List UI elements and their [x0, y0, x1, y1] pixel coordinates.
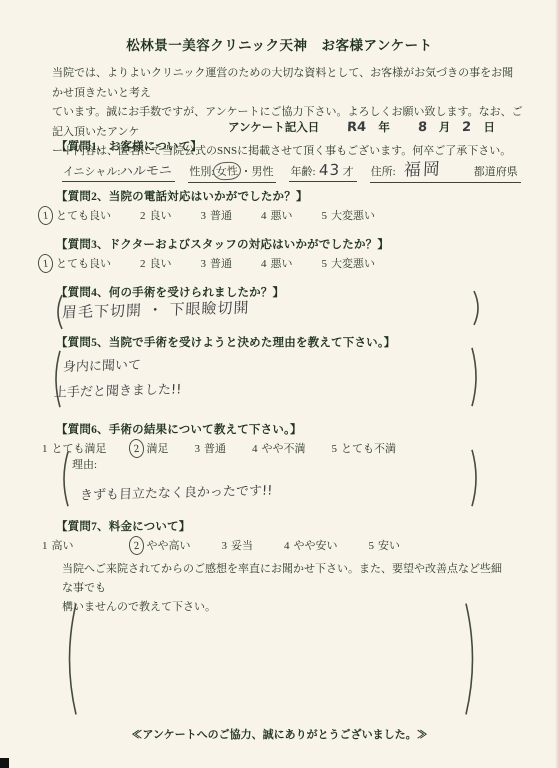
q7-option-5-number: 5: [369, 540, 375, 552]
q2-option-4: 4悪い: [261, 207, 293, 223]
q3-option-3-number: 3: [201, 258, 207, 270]
question1-header: 【質問1、お客様について】: [56, 138, 202, 154]
question7-header: 【質問7、料金について】: [56, 518, 190, 534]
question6-header: 【質問6、手術の結果について教えて下さい。】: [56, 421, 302, 437]
initial-label: イニシャル:: [63, 163, 120, 179]
q7-option-2-circle: 2: [128, 535, 145, 555]
q3-option-5-number: 5: [322, 258, 328, 270]
q3-option-4-label: 悪い: [271, 255, 293, 271]
q2-option-1-circle: 1: [37, 205, 54, 225]
survey-form-sheet: 松林景一美容クリニック天神 お客様アンケート 当院では、よりよいクリニック運営の…: [0, 0, 559, 768]
feedback-prompt-line1: 当院へご来院されてからのご感想を率直にお聞かせ下さい。また、要望や改善点など些細…: [62, 560, 512, 598]
q2-option-3: 3普通: [201, 207, 233, 223]
question7-options: 1高い 2やや高い 3妥当 4やや安い 5安い: [42, 536, 400, 555]
feedback-prompt-line2: 構いませんので教えて下さい。: [62, 598, 512, 617]
q7-option-3-label: 妥当: [231, 537, 253, 553]
q3-option-2-number: 2: [140, 258, 146, 270]
q7-option-4-label: やや安い: [294, 537, 338, 553]
feedback-prompt: 当院へご来院されてからのご感想を率直にお聞かせ下さい。また、要望や改善点など些細…: [62, 560, 512, 617]
question3-header: 【質問3、ドクターおよびスタッフの対応はいかがでしたか？】: [56, 236, 389, 252]
q3-option-1-label: とても良い: [56, 255, 111, 271]
q6-bracket-left: [56, 450, 72, 508]
q3-option-5-label: 大変悪い: [331, 255, 375, 271]
q5-bracket-right: [468, 346, 484, 408]
q2-option-2-label: 良い: [150, 207, 172, 223]
q3-option-2: 2良い: [140, 255, 172, 271]
q6-reason-label: 理由:: [72, 456, 97, 472]
date-month-handwritten: 8: [418, 120, 428, 135]
date-day-suffix: 日: [483, 119, 495, 135]
q5-handwritten-line1: 身内に聞いて: [63, 354, 142, 375]
question2-options: 1とても良い 2良い 3普通 4悪い 5大変悪い: [42, 206, 375, 225]
question2-header: 【質問2、当院の電話対応はいかがでしたか？】: [56, 188, 308, 204]
q3-option-3: 3普通: [201, 255, 233, 271]
address-handwritten-value: 福岡: [403, 154, 442, 180]
q6-reason-handwritten: きずも目立たなく良かったです!!: [80, 479, 273, 503]
q5-handwritten-line2: 上手だと聞きました!!: [54, 378, 182, 400]
question1-fields: イニシャル: ハルモニ 性別: 女性 ・ 男性 年齢: 43 才 住所: 福岡 …: [62, 155, 521, 183]
age-suffix: 才: [343, 163, 354, 179]
q7-option-1-number: 1: [42, 540, 48, 552]
q4-bracket-right: [470, 290, 486, 326]
address-field: 住所: 福岡 都道府県: [370, 155, 521, 183]
q2-option-2-number: 2: [140, 210, 146, 222]
question3-options: 1とても良い 2良い 3普通 4悪い 5大変悪い: [42, 254, 375, 273]
address-label: 住所:: [371, 163, 396, 179]
q3-option-4-number: 4: [261, 258, 267, 270]
q6-option-2-circle: 2: [128, 438, 145, 458]
q2-option-1: 1とても良い: [42, 206, 111, 225]
q6-option-5: 5とても不満: [332, 440, 397, 456]
question5-header: 【質問5、当院で手術を受けようと決めた理由を教えて下さい。】: [56, 334, 396, 350]
q6-option-4-label: やや不満: [262, 440, 306, 456]
q3-option-5: 5大変悪い: [322, 255, 376, 271]
age-field: 年齢: 43 才: [289, 161, 356, 182]
date-month-suffix: 月: [439, 119, 451, 135]
date-year-handwritten: R4: [347, 120, 367, 136]
q2-option-1-label: とても良い: [56, 207, 111, 223]
initial-handwritten-value: ハルモニ: [120, 159, 173, 179]
q2-option-5: 5大変悪い: [322, 207, 376, 223]
intro-line-1: 当院では、よりよいクリニック運営のための大切な資料として、お客様がお気づきの事を…: [52, 64, 524, 103]
form-title: 松林景一美容クリニック天神 お客様アンケート: [0, 34, 559, 54]
feedback-bracket-left: [60, 600, 80, 718]
q6-option-2-label: 満足: [147, 440, 169, 456]
q3-option-1: 1とても良い: [42, 254, 111, 273]
q2-option-5-label: 大変悪い: [331, 207, 375, 223]
gender-label: 性別:: [189, 163, 214, 179]
q6-option-3-label: 普通: [204, 440, 226, 456]
q2-option-2: 2良い: [140, 207, 172, 223]
question4-header: 【質問4、何の手術を受けられましたか？】: [56, 284, 284, 300]
q6-option-2: 2満足: [133, 439, 169, 458]
q7-option-3: 3妥当: [222, 537, 254, 553]
q7-option-2-label: やや高い: [147, 537, 191, 553]
q6-option-1-number: 1: [42, 443, 48, 455]
q7-option-1: 1高い: [42, 537, 74, 553]
q3-option-4: 4悪い: [261, 255, 293, 271]
age-handwritten-value: 43: [318, 161, 340, 180]
q6-option-1: 1とても満足: [42, 440, 107, 456]
feedback-bracket-right: [462, 600, 482, 718]
q6-bracket-right: [468, 448, 484, 508]
scan-edge-shadow: [555, 0, 559, 768]
q3-option-2-label: 良い: [150, 255, 172, 271]
q2-option-4-label: 悪い: [271, 207, 293, 223]
q7-option-2: 2やや高い: [133, 536, 191, 555]
address-suffix: 都道府県: [474, 163, 518, 179]
q7-option-4-number: 4: [284, 540, 290, 552]
q6-option-5-label: とても不満: [341, 440, 396, 456]
q4-handwritten-answer: 眉毛下切開 ・ 下眼瞼切開: [62, 297, 250, 323]
survey-date-row: アンケート記入日 R4 年 8 月 2 日: [228, 119, 495, 135]
initial-field: イニシャル: ハルモニ: [62, 160, 175, 182]
gender-field: 性別: 女性 ・ 男性: [188, 162, 276, 183]
q7-option-4: 4やや安い: [284, 537, 338, 553]
q6-option-5-number: 5: [332, 443, 338, 455]
age-label: 年齢:: [290, 163, 315, 179]
date-label: アンケート記入日: [228, 119, 319, 135]
q6-option-4-number: 4: [252, 443, 258, 455]
gender-male: 男性: [251, 163, 273, 179]
q7-option-5: 5安い: [369, 537, 401, 553]
gender-separator: ・: [240, 163, 251, 179]
q7-option-1-label: 高い: [52, 537, 74, 553]
date-year-suffix: 年: [378, 119, 390, 135]
q2-option-3-number: 3: [201, 210, 207, 222]
date-day-handwritten: 2: [462, 120, 472, 135]
q6-option-4: 4やや不満: [252, 440, 306, 456]
q6-option-3-number: 3: [195, 443, 201, 455]
scan-corner-mark: [0, 758, 9, 768]
q2-option-5-number: 5: [322, 210, 328, 222]
q3-option-3-label: 普通: [210, 255, 232, 271]
q2-option-3-label: 普通: [210, 207, 232, 223]
gender-female-circled: 女性: [213, 161, 242, 181]
q3-option-1-circle: 1: [37, 253, 54, 273]
footer-thanks: ≪アンケートへのご協力、誠にありがとうございました。≫: [0, 726, 559, 742]
q7-option-5-label: 安い: [378, 537, 400, 553]
q2-option-4-number: 4: [261, 210, 267, 222]
q7-option-3-number: 3: [222, 540, 228, 552]
q6-option-3: 3普通: [195, 440, 227, 456]
